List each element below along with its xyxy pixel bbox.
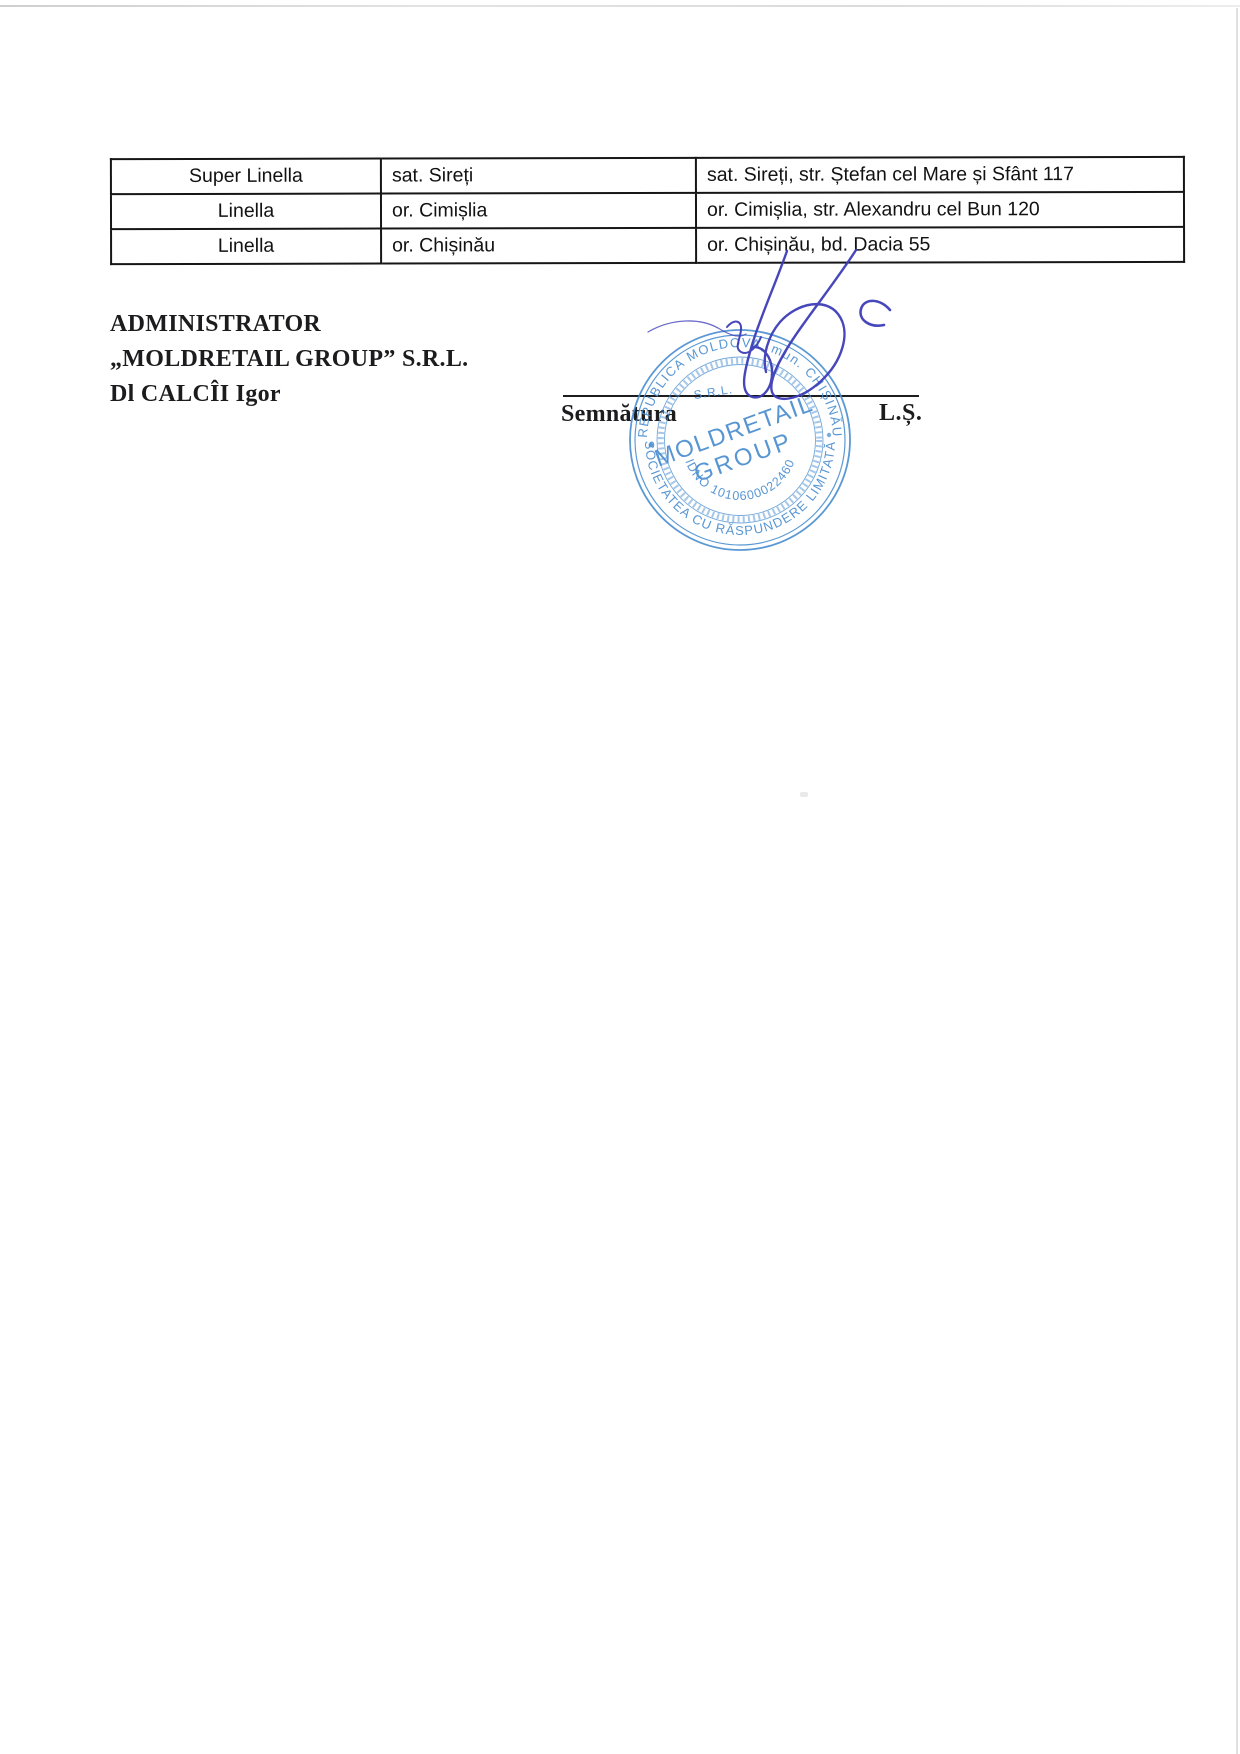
locality-cell: sat. Sireți bbox=[381, 158, 696, 194]
company-name: „MOLDRETAIL GROUP” S.R.L. bbox=[110, 342, 468, 377]
handwritten-signature bbox=[648, 250, 890, 399]
store-name-cell: Linella bbox=[111, 194, 381, 230]
page-top-scan-line bbox=[0, 5, 1240, 7]
address-cell: sat. Sireți, str. Ștefan cel Mare și Sfâ… bbox=[696, 157, 1184, 193]
stamp-and-signature-overlay: REPUBLICA MOLDOVA, mun. CHIȘINĂU SOCIETA… bbox=[548, 234, 928, 578]
stamp-srl-text: S.R.L. bbox=[693, 382, 734, 402]
table-row: Linella or. Cimișlia or. Cimișlia, str. … bbox=[111, 192, 1184, 229]
scan-speck bbox=[800, 792, 808, 797]
store-name-cell: Super Linella bbox=[111, 159, 381, 195]
locality-cell: or. Cimișlia bbox=[381, 193, 696, 229]
scanned-document-page: Super Linella sat. Sireți sat. Sireți, s… bbox=[0, 0, 1240, 1754]
signatory-block: ADMINISTRATOR „MOLDRETAIL GROUP” S.R.L. … bbox=[110, 307, 468, 412]
table-row: Super Linella sat. Sireți sat. Sireți, s… bbox=[111, 157, 1184, 194]
administrator-title: ADMINISTRATOR bbox=[110, 307, 468, 342]
page-right-scan-line bbox=[1236, 8, 1238, 1754]
store-name-cell: Linella bbox=[111, 229, 381, 265]
address-cell: or. Cimișlia, str. Alexandru cel Bun 120 bbox=[696, 192, 1184, 228]
signatory-name: Dl CALCÎI Igor bbox=[110, 377, 468, 412]
